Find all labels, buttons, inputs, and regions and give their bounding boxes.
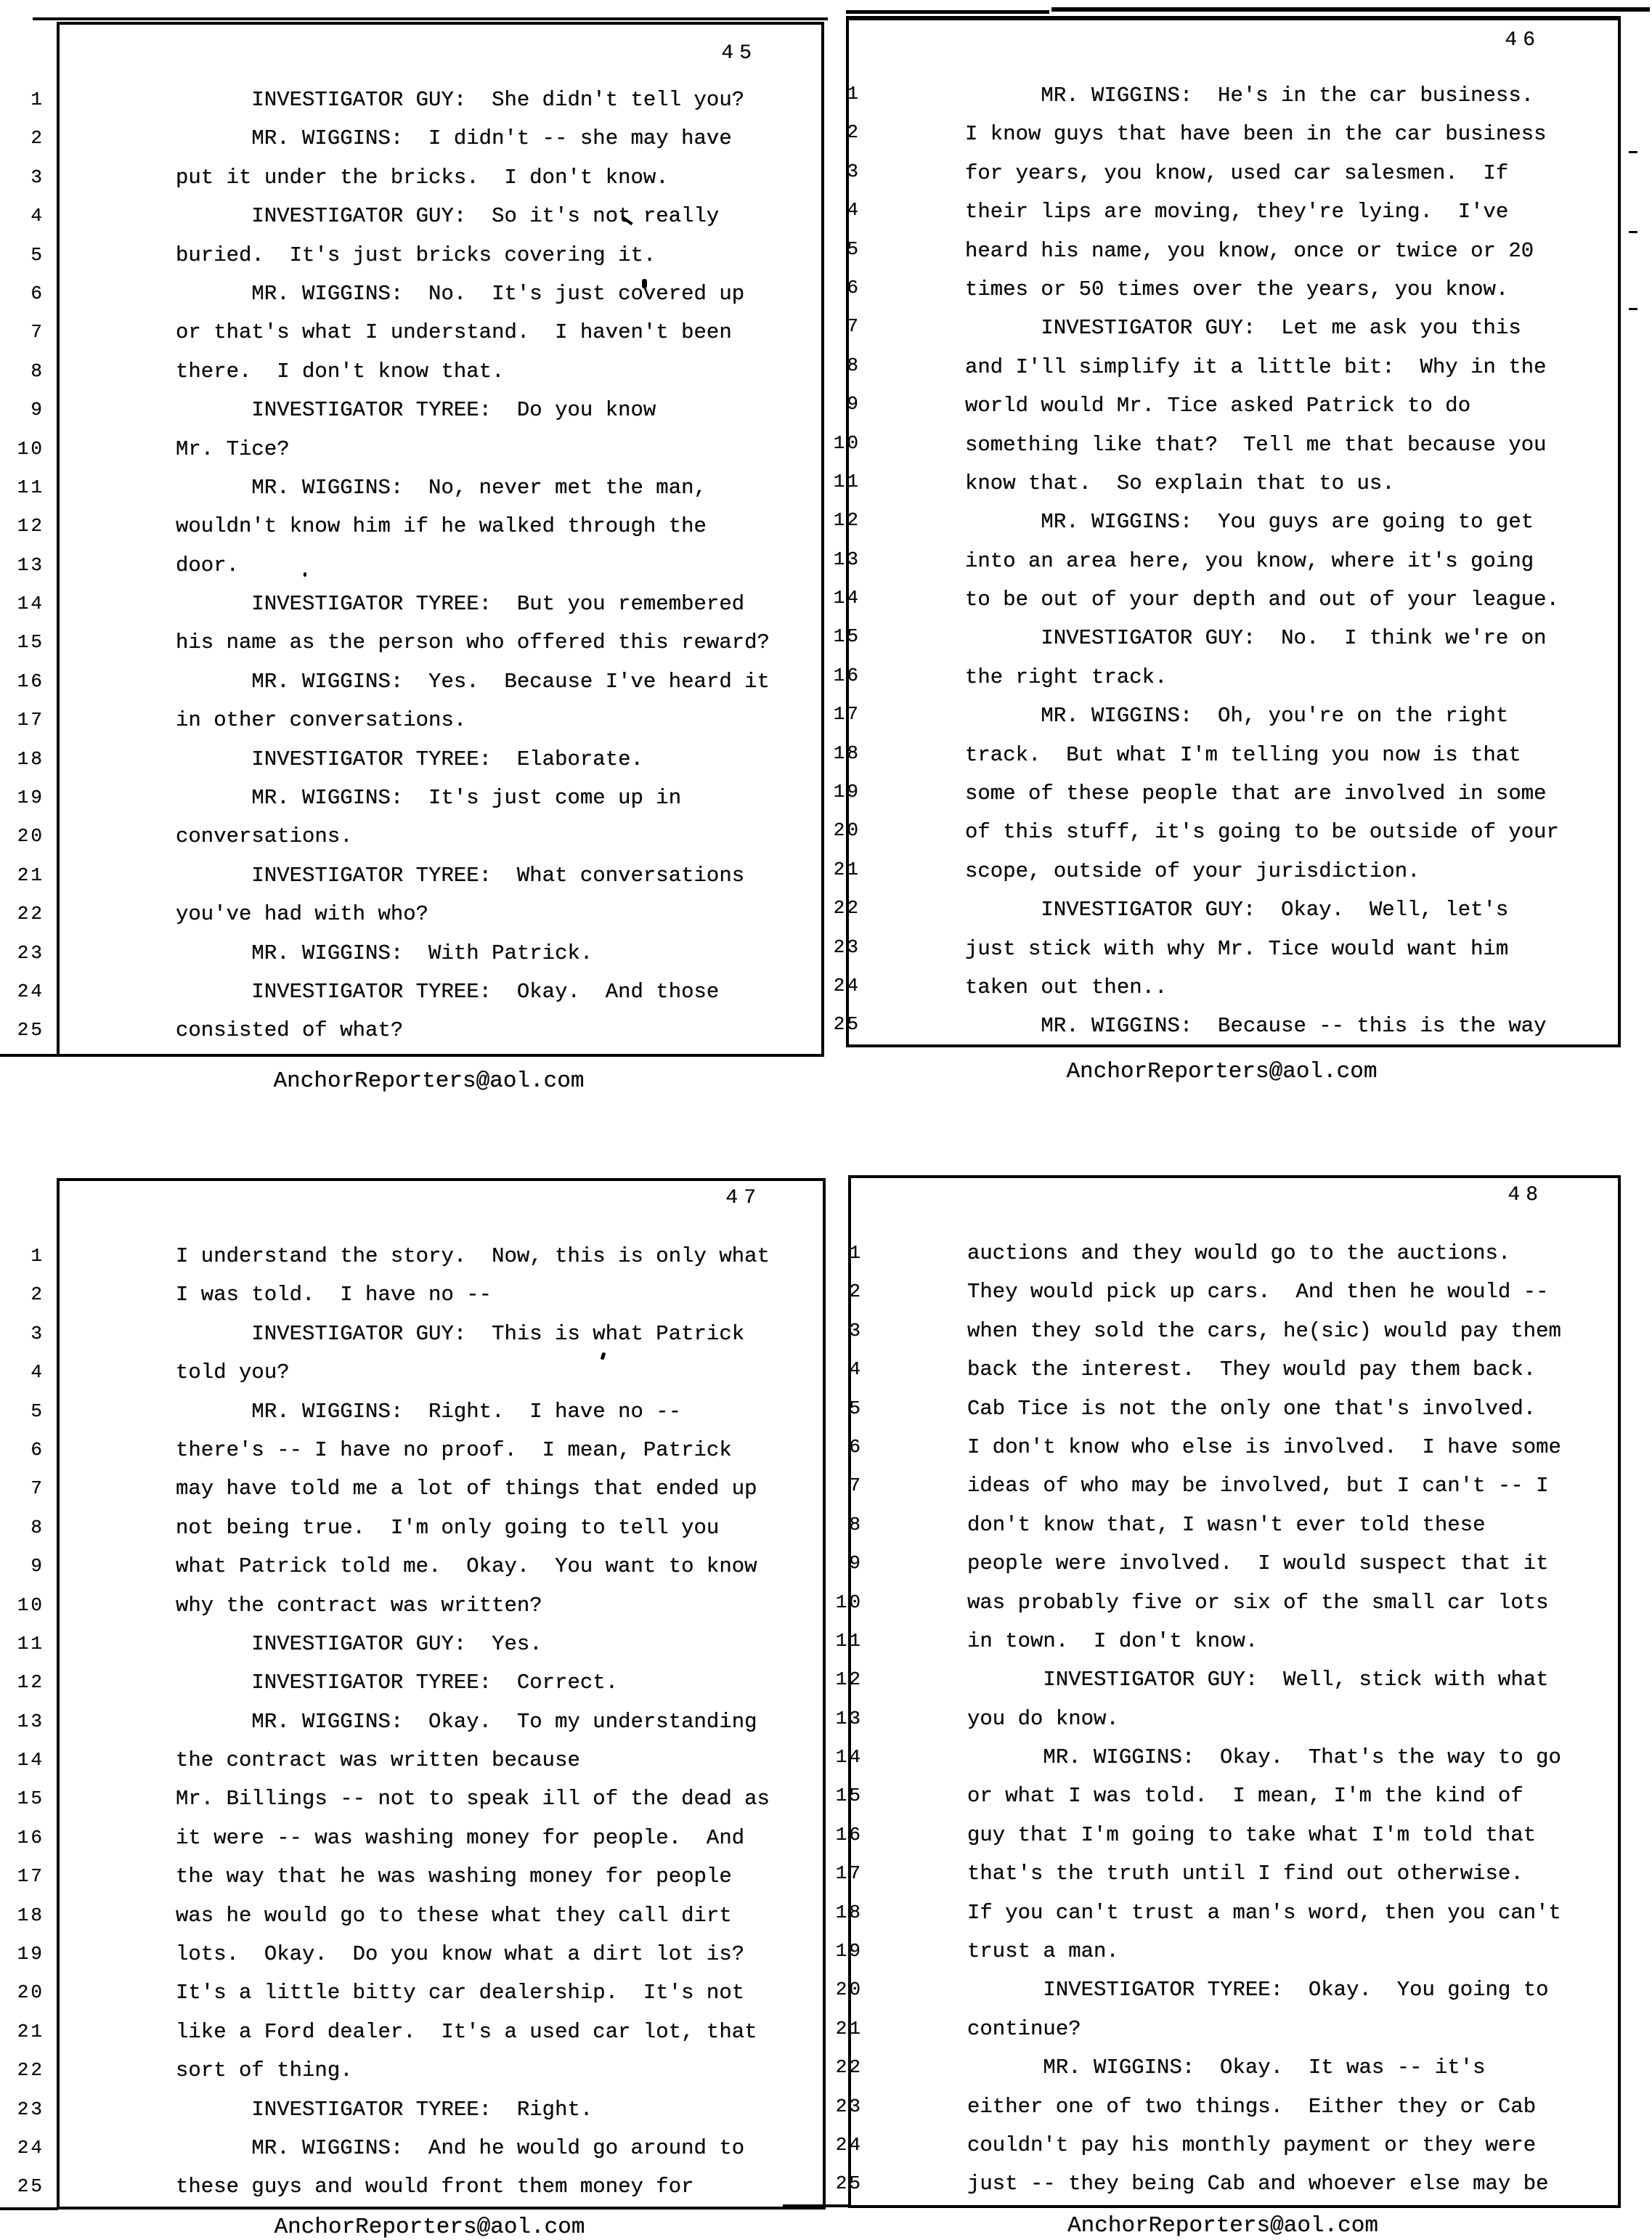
footer-email: AnchorReporters@aol.com: [45, 1068, 813, 1094]
transcript-line: track. But what I'm telling you now is t…: [965, 736, 1614, 774]
scan-artifact: [846, 10, 1049, 14]
transcript-line: wouldn't know him if he walked through t…: [176, 507, 817, 545]
line-number: 16: [810, 1816, 863, 1854]
transcript-line: auctions and they would go to the auctio…: [967, 1234, 1614, 1273]
transcript-line: trust a man.: [967, 1932, 1614, 1971]
line-number: 10: [807, 424, 860, 463]
line-number: 19: [0, 1935, 44, 1973]
transcript-line: MR. WIGGINS: And he would go around to: [176, 2129, 818, 2167]
line-number: 5: [807, 230, 860, 269]
transcript-line: his name as the person who offered this …: [176, 623, 817, 662]
transcript-line: it were -- was washing money for people.…: [176, 1819, 818, 1857]
transcript-line: their lips are moving, they're lying. I'…: [965, 192, 1614, 231]
line-number: 13: [0, 1703, 44, 1741]
transcript-line: door.: [176, 546, 817, 585]
line-number: 14: [0, 1741, 44, 1780]
footer-email: AnchorReporters@aol.com: [45, 2215, 814, 2240]
page-border: 45 INVESTIGATOR GUY: She didn't tell you…: [57, 22, 824, 1057]
line-number-column: 1234567891011121314151617181920212223242…: [0, 81, 44, 1050]
line-number: 9: [807, 385, 860, 423]
transcript-line: to be out of your depth and out of your …: [965, 580, 1614, 619]
line-number: 9: [0, 391, 44, 429]
transcript-line: INVESTIGATOR GUY: So it's not really: [176, 197, 817, 235]
transcript-line: MR. WIGGINS: Okay. To my understanding: [176, 1703, 818, 1741]
transcript-line: Cab Tice is not the only one that's invo…: [967, 1389, 1614, 1428]
line-number-column: 1234567891011121314151617181920212223242…: [807, 75, 860, 1044]
transcript-line: these guys and would front them money fo…: [176, 2167, 818, 2206]
transcript-lines: INVESTIGATOR GUY: She didn't tell you? M…: [176, 81, 817, 1050]
line-number: 9: [810, 1544, 863, 1583]
transcript-line: know that. So explain that to us.: [965, 464, 1614, 503]
transcript-line: Mr. Tice?: [176, 430, 817, 468]
page-number: 45: [721, 42, 757, 65]
transcript-line: INVESTIGATOR GUY: No. I think we're on: [965, 619, 1614, 657]
line-number: 12: [807, 501, 860, 540]
line-number: 23: [807, 928, 860, 967]
line-number: 4: [810, 1350, 863, 1389]
line-number: 24: [810, 2126, 863, 2164]
line-number: 11: [0, 1625, 44, 1663]
line-number: 21: [0, 2013, 44, 2051]
transcript-line: put it under the bricks. I don't know.: [176, 158, 817, 197]
line-number: 7: [810, 1466, 863, 1505]
line-number: 21: [807, 851, 860, 889]
transcript-line: what Patrick told me. Okay. You want to …: [176, 1547, 818, 1586]
transcript-line: either one of two things. Either they or…: [967, 2087, 1614, 2126]
page-number: 48: [1507, 1184, 1544, 1206]
page-border: 47 I understand the story. Now, this is …: [57, 1178, 826, 2209]
transcript-line: MR. WIGGINS: Okay. That's the way to go: [967, 1738, 1614, 1777]
transcript-line: MR. WIGGINS: I didn't -- she may have: [176, 119, 817, 158]
line-number: 14: [810, 1738, 863, 1777]
line-number: 17: [810, 1854, 863, 1893]
transcript-line: not being true. I'm only going to tell y…: [176, 1509, 818, 1547]
transcript-line: in town. I don't know.: [967, 1622, 1614, 1660]
scan-artifact: [1629, 151, 1637, 153]
transcript-lines: MR. WIGGINS: He's in the car business.I …: [965, 76, 1614, 1046]
line-number: 6: [0, 1431, 44, 1469]
line-number: 24: [807, 967, 860, 1005]
transcript-line: or what I was told. I mean, I'm the kind…: [967, 1777, 1614, 1815]
transcript-line: into an area here, you know, where it's …: [965, 542, 1614, 580]
transcript-line: when they sold the cars, he(sic) would p…: [967, 1312, 1614, 1350]
line-number: 6: [0, 275, 44, 313]
transcript-line: in other conversations.: [176, 701, 817, 739]
transcript-line: there. I don't know that.: [176, 352, 817, 391]
line-number: 1: [810, 1234, 863, 1273]
line-number: 21: [810, 2010, 863, 2048]
transcript-line: continue?: [967, 2010, 1614, 2048]
transcript-line: I understand the story. Now, this is onl…: [176, 1237, 818, 1275]
line-number: 10: [0, 430, 44, 468]
transcript-line: If you can't trust a man's word, then yo…: [967, 1894, 1614, 1932]
transcript-page-48: 1234567891011121314151617181920212223242…: [848, 1175, 1621, 2208]
transcript-line: MR. WIGGINS: Okay. It was -- it's: [967, 2048, 1614, 2087]
line-number: 20: [807, 811, 860, 850]
line-number: 1: [0, 1237, 44, 1275]
transcript-line: INVESTIGATOR TYREE: Right.: [176, 2090, 818, 2129]
line-number: 8: [807, 346, 860, 385]
transcript-line: INVESTIGATOR TYREE: Okay. And those: [176, 973, 817, 1011]
footer-email: AnchorReporters@aol.com: [837, 2213, 1609, 2239]
scan-artifact: [1629, 231, 1637, 233]
line-number: 2: [807, 113, 860, 152]
line-number: 6: [807, 269, 860, 307]
page-border: 48 auctions and they would go to the auc…: [848, 1175, 1621, 2208]
line-number: 1: [0, 81, 44, 119]
line-number: 18: [810, 1894, 863, 1932]
line-number: 18: [0, 740, 44, 779]
line-number: 24: [0, 973, 44, 1011]
line-number: 17: [0, 1857, 44, 1896]
transcript-line: INVESTIGATOR TYREE: But you remembered: [176, 585, 817, 623]
transcript-line: why the contract was written?: [176, 1586, 818, 1625]
line-number: 6: [810, 1428, 863, 1466]
transcript-line: or that's what I understand. I haven't b…: [176, 313, 817, 352]
transcript-line: conversations.: [176, 817, 817, 856]
line-number: 4: [0, 197, 44, 235]
line-number: 2: [0, 1275, 44, 1314]
transcript-line: you do know.: [967, 1700, 1614, 1738]
transcript-line: something like that? Tell me that becaus…: [965, 426, 1614, 464]
line-number: 22: [810, 2048, 863, 2087]
line-number: 11: [810, 1622, 863, 1660]
transcript-line: MR. WIGGINS: Because -- this is the way: [965, 1007, 1614, 1045]
line-number: 23: [0, 2090, 44, 2129]
line-number: 15: [0, 623, 44, 662]
footer-email: AnchorReporters@aol.com: [834, 1059, 1609, 1084]
line-number: 7: [807, 307, 860, 346]
transcript-line: of this stuff, it's going to be outside …: [965, 813, 1614, 851]
transcript-line: buried. It's just bricks covering it.: [176, 236, 817, 275]
line-number: 5: [0, 236, 44, 275]
transcript-line: like a Ford dealer. It's a used car lot,…: [176, 2013, 818, 2051]
line-number: 18: [0, 1896, 44, 1935]
line-number-column: 1234567891011121314151617181920212223242…: [810, 1234, 863, 2204]
line-number: 8: [0, 1509, 44, 1547]
line-number: 25: [807, 1005, 860, 1044]
transcript-line: I don't know who else is involved. I hav…: [967, 1428, 1614, 1466]
line-number: 25: [0, 2167, 44, 2206]
scan-artifact: [304, 572, 306, 577]
scan-artifact: [0, 1054, 58, 1057]
transcript-line: MR. WIGGINS: No, never met the man,: [176, 468, 817, 507]
transcript-line: MR. WIGGINS: You guys are going to get: [965, 503, 1614, 541]
transcript-line: MR. WIGGINS: Yes. Because I've heard it: [176, 662, 817, 701]
transcript-line: INVESTIGATOR TYREE: Okay. You going to: [967, 1971, 1614, 2009]
transcript-line: times or 50 times over the years, you kn…: [965, 270, 1614, 309]
transcript-line: INVESTIGATOR GUY: Okay. Well, let's: [965, 890, 1614, 929]
page-number: 47: [725, 1187, 762, 1209]
transcript-line: I was told. I have no --: [176, 1275, 818, 1314]
scan-artifact: [642, 279, 647, 288]
line-number: 3: [807, 153, 860, 191]
line-number: 15: [807, 617, 860, 656]
transcript-line: world would Mr. Tice asked Patrick to do: [965, 386, 1614, 425]
transcript-line: was probably five or six of the small ca…: [967, 1583, 1614, 1622]
transcript-line: MR. WIGGINS: He's in the car business.: [965, 76, 1614, 115]
line-number: 13: [810, 1700, 863, 1738]
line-number: 16: [0, 1819, 44, 1857]
page-border: 46 MR. WIGGINS: He's in the car business…: [846, 16, 1621, 1047]
transcript-line: the way that he was washing money for pe…: [176, 1857, 818, 1896]
line-number: 17: [0, 701, 44, 739]
transcript-line: consisted of what?: [176, 1011, 817, 1050]
transcript-line: there's -- I have no proof. I mean, Patr…: [176, 1431, 818, 1469]
transcript-line: for years, you know, used car salesmen. …: [965, 154, 1614, 192]
transcript-line: and I'll simplify it a little bit: Why i…: [965, 348, 1614, 386]
transcript-line: INVESTIGATOR TYREE: Do you know: [176, 391, 817, 429]
transcript-line: It's a little bitty car dealership. It's…: [176, 1973, 818, 2012]
transcript-page-45: 1234567891011121314151617181920212223242…: [57, 22, 824, 1057]
line-number: 13: [0, 546, 44, 585]
line-number: 19: [807, 773, 860, 811]
transcript-line: don't know that, I wasn't ever told thes…: [967, 1506, 1614, 1544]
line-number: 20: [0, 1973, 44, 2012]
transcript-lines: I understand the story. Now, this is onl…: [176, 1237, 818, 2207]
line-number: 20: [0, 817, 44, 856]
scan-artifact: [33, 17, 828, 20]
transcript-line: ideas of who may be involved, but I can'…: [967, 1466, 1614, 1505]
transcript-line: was he would go to these what they call …: [176, 1896, 818, 1935]
line-number: 17: [807, 695, 860, 734]
transcript-line: MR. WIGGINS: It's just come up in: [176, 779, 817, 817]
line-number: 15: [810, 1777, 863, 1815]
line-number: 16: [807, 657, 860, 695]
scan-artifact: [783, 2204, 850, 2207]
transcript-line: that's the truth until I find out otherw…: [967, 1854, 1614, 1893]
line-number: 5: [810, 1389, 863, 1428]
transcript-line: INVESTIGATOR GUY: This is what Patrick: [176, 1315, 818, 1353]
line-number: 11: [0, 468, 44, 507]
line-number: 25: [810, 2164, 863, 2203]
transcript-line: INVESTIGATOR GUY: Let me ask you this: [965, 309, 1614, 347]
line-number: 21: [0, 856, 44, 895]
transcript-page-47: 1234567891011121314151617181920212223242…: [57, 1178, 826, 2209]
line-number: 10: [810, 1583, 863, 1622]
transcript-line: INVESTIGATOR GUY: She didn't tell you?: [176, 81, 817, 119]
line-number: 8: [810, 1506, 863, 1544]
transcript-line: They would pick up cars. And then he wou…: [967, 1273, 1614, 1311]
transcript-line: just -- they being Cab and whoever else …: [967, 2164, 1614, 2203]
line-number: 2: [810, 1273, 863, 1311]
line-number: 16: [0, 662, 44, 701]
transcript-line: MR. WIGGINS: No. It's just covered up: [176, 275, 817, 313]
line-number: 7: [0, 313, 44, 352]
transcript-line: sort of thing.: [176, 2051, 818, 2090]
line-number: 14: [807, 579, 860, 617]
transcript-line: INVESTIGATOR TYREE: What conversations: [176, 856, 817, 895]
line-number: 10: [0, 1586, 44, 1625]
line-number: 23: [810, 2087, 863, 2126]
line-number: 12: [0, 507, 44, 545]
line-number: 2: [0, 119, 44, 158]
transcript-line: the right track.: [965, 658, 1614, 697]
transcript-line: guy that I'm going to take what I'm told…: [967, 1816, 1614, 1854]
scan-artifact: [0, 2207, 58, 2210]
line-number: 4: [0, 1353, 44, 1392]
transcript-line: back the interest. They would pay them b…: [967, 1350, 1614, 1389]
transcript-line: lots. Okay. Do you know what a dirt lot …: [176, 1935, 818, 1973]
transcript-line: you've had with who?: [176, 895, 817, 933]
transcript-line: couldn't pay his monthly payment or they…: [967, 2126, 1614, 2164]
line-number: 7: [0, 1469, 44, 1508]
line-number: 13: [807, 540, 860, 579]
transcript-line: INVESTIGATOR GUY: Well, stick with what: [967, 1660, 1614, 1699]
line-number: 5: [0, 1392, 44, 1431]
line-number: 22: [0, 895, 44, 933]
transcript-line: just stick with why Mr. Tice would want …: [965, 930, 1614, 968]
transcript-lines: auctions and they would go to the auctio…: [967, 1234, 1614, 2204]
line-number: 12: [0, 1663, 44, 1702]
transcript-line: Mr. Billings -- not to speak ill of the …: [176, 1780, 818, 1818]
transcript-line: MR. WIGGINS: Right. I have no --: [176, 1392, 818, 1431]
transcript-line: taken out then..: [965, 968, 1614, 1007]
line-number: 3: [810, 1312, 863, 1350]
line-number: 25: [0, 1011, 44, 1050]
line-number: 3: [0, 158, 44, 197]
transcript-line: INVESTIGATOR TYREE: Elaborate.: [176, 740, 817, 779]
page-number: 46: [1505, 29, 1541, 52]
line-number: 23: [0, 934, 44, 973]
transcript-line: INVESTIGATOR GUY: Yes.: [176, 1625, 818, 1663]
transcript-line: the contract was written because: [176, 1741, 818, 1780]
transcript-page-46: 1234567891011121314151617181920212223242…: [846, 16, 1621, 1047]
transcript-line: I know guys that have been in the car bu…: [965, 115, 1614, 153]
line-number: 11: [807, 463, 860, 501]
line-number: 19: [810, 1932, 863, 1971]
transcript-line: heard his name, you know, once or twice …: [965, 232, 1614, 270]
line-number: 1: [807, 75, 860, 113]
scan-artifact: [1051, 7, 1650, 12]
line-number: 22: [0, 2051, 44, 2090]
line-number: 15: [0, 1780, 44, 1818]
line-number: 20: [810, 1971, 863, 2009]
line-number: 4: [807, 191, 860, 230]
scan-artifact: [1629, 308, 1637, 310]
transcript-line: MR. WIGGINS: Oh, you're on the right: [965, 697, 1614, 735]
transcript-line: MR. WIGGINS: With Patrick.: [176, 934, 817, 973]
line-number: 19: [0, 779, 44, 817]
line-number: 24: [0, 2129, 44, 2167]
transcript-line: people were involved. I would suspect th…: [967, 1544, 1614, 1583]
transcript-line: INVESTIGATOR TYREE: Correct.: [176, 1663, 818, 1702]
transcript-line: scope, outside of your jurisdiction.: [965, 852, 1614, 890]
line-number: 9: [0, 1547, 44, 1586]
transcript-line: some of these people that are involved i…: [965, 774, 1614, 813]
line-number-column: 1234567891011121314151617181920212223242…: [0, 1237, 44, 2207]
transcript-line: may have told me a lot of things that en…: [176, 1469, 818, 1508]
line-number: 8: [0, 352, 44, 391]
line-number: 22: [807, 889, 860, 928]
line-number: 12: [810, 1660, 863, 1699]
line-number: 14: [0, 585, 44, 623]
line-number: 3: [0, 1315, 44, 1353]
transcript-line: told you?: [176, 1353, 818, 1392]
line-number: 18: [807, 734, 860, 773]
